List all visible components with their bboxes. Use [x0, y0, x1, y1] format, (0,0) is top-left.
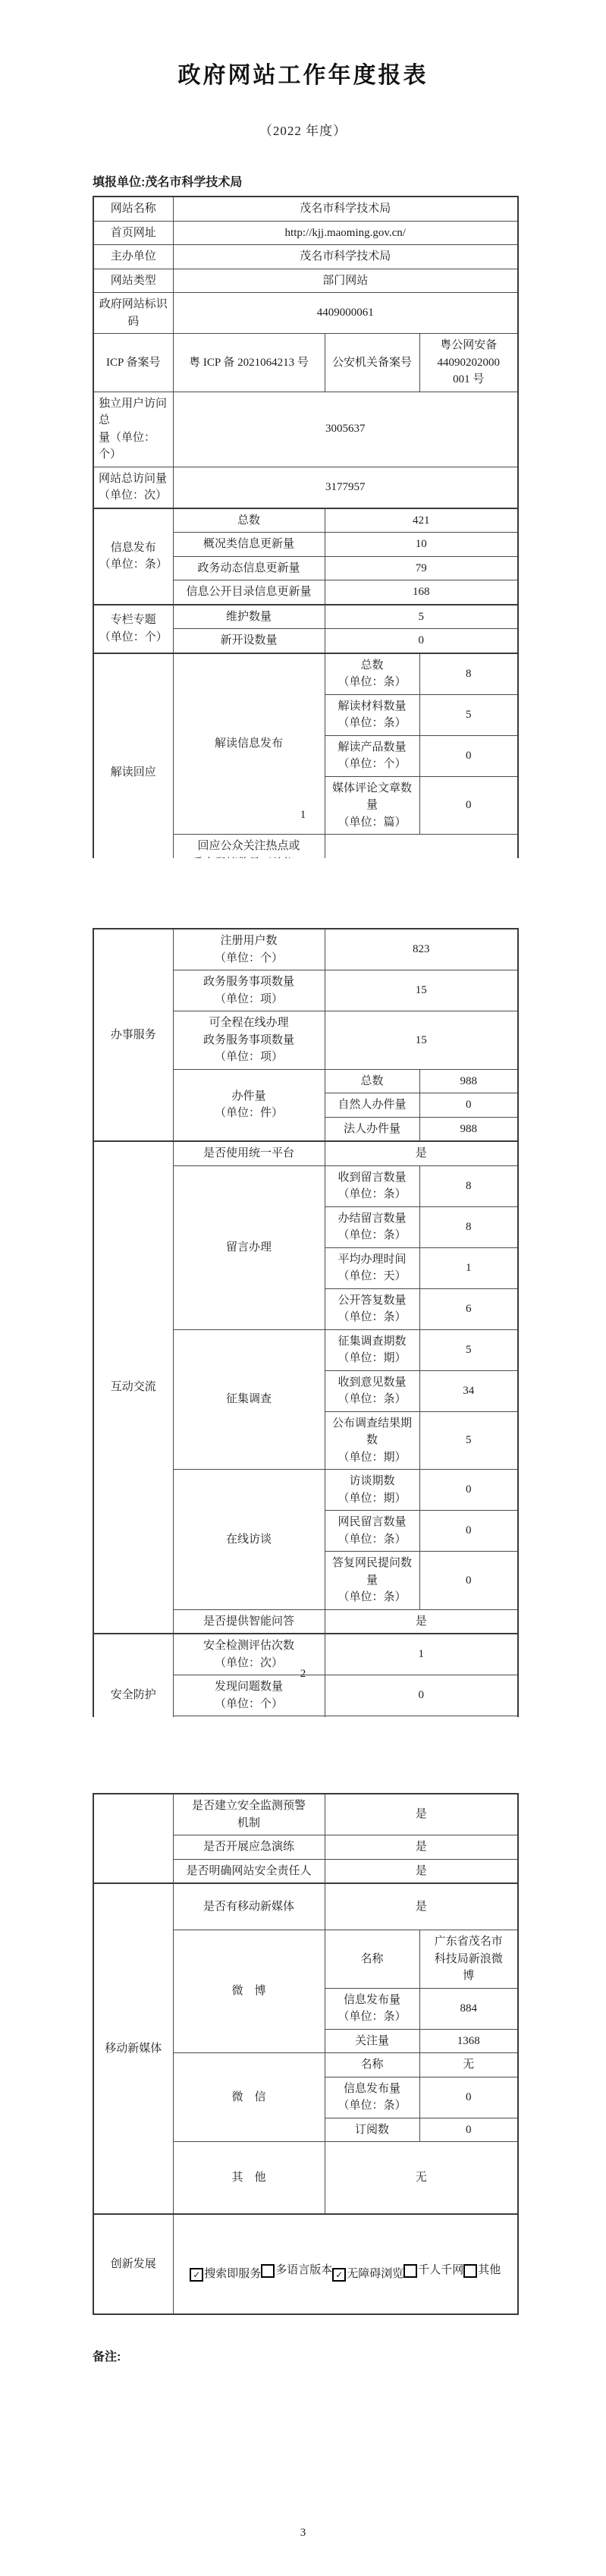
table-row: 移动新媒体 是否有移动新媒体 是: [93, 1883, 518, 1930]
smart-qa-label: 是否提供智能问答: [173, 1609, 325, 1634]
weibo-followers-label: 关注量: [325, 2029, 419, 2053]
info-overview-label: 概况类信息更新量: [173, 533, 325, 557]
survey-opinions-value: 34: [419, 1370, 518, 1411]
hot-response-value: 0: [325, 835, 518, 859]
host-unit-label: 主办单位: [93, 245, 173, 269]
cases-legal-label: 法人办件量: [325, 1117, 419, 1141]
weibo-label: 微 博: [173, 1930, 325, 2053]
emergency-drill-label: 是否开展应急演练: [173, 1835, 325, 1860]
service-section-label: 办事服务: [93, 929, 173, 1141]
special-column-section-label: 专栏专题 （单位：个）: [93, 605, 173, 653]
cases-total-value: 988: [419, 1069, 518, 1093]
interview-label: 在线访谈: [173, 1470, 325, 1610]
message-handling-label: 留言办理: [173, 1165, 325, 1329]
wechat-posts-value: 0: [419, 2077, 518, 2118]
host-unit-value: 茂名市科学技术局: [173, 245, 518, 269]
info-total-label: 总数: [173, 508, 325, 533]
has-mobile-media-value: 是: [325, 1883, 518, 1930]
new-media-innovation-table: 是否建立安全监测预警 机制 是 是否开展应急演练 是 是否明确网站安全责任人 是…: [93, 1793, 519, 2315]
checkbox-other: 其他: [463, 2262, 501, 2279]
column-new-value: 0: [325, 629, 518, 653]
site-code-label: 政府网站标识码: [93, 293, 173, 334]
checkbox-label: 多语言版本: [275, 2262, 332, 2279]
report-page-3: 是否建立安全监测预警 机制 是 是否开展应急演练 是 是否明确网站安全责任人 是…: [0, 1717, 606, 2576]
info-news-label: 政务动态信息更新量: [173, 556, 325, 580]
report-title: 政府网站工作年度报表: [0, 56, 606, 90]
security-person-value: 是: [325, 1859, 518, 1883]
cases-natural-value: 0: [419, 1093, 518, 1118]
warning-mechanism-value: 是: [325, 1794, 518, 1835]
avg-handle-time-value: 1: [419, 1247, 518, 1288]
hot-response-label: 回应公众关注热点或 重大舆情数量（单位： 次）: [173, 835, 325, 859]
info-total-value: 421: [325, 508, 518, 533]
table-row: 主办单位 茂名市科学技术局: [93, 245, 518, 269]
site-name-value: 茂名市科学技术局: [173, 197, 518, 221]
page-number-1: 1: [0, 809, 606, 822]
checkbox-unchecked-icon: [261, 2264, 275, 2278]
survey-label: 征集调查: [173, 1329, 325, 1470]
checkbox-label: 搜索即服务: [204, 2266, 261, 2283]
cases-label: 办件量 （单位：件）: [173, 1069, 325, 1141]
security-person-label: 是否明确网站安全责任人: [173, 1859, 325, 1883]
checkbox-unchecked-icon: [403, 2264, 417, 2278]
empty-cell: [93, 1794, 173, 1883]
checkbox-label: 其他: [478, 2262, 501, 2279]
info-catalog-value: 168: [325, 580, 518, 605]
smart-qa-value: 是: [325, 1609, 518, 1634]
cases-total-label: 总数: [325, 1069, 419, 1093]
checkbox-multilingual: 多语言版本: [261, 2262, 332, 2279]
police-record-label: 公安机关备案号: [325, 334, 419, 392]
info-catalog-label: 信息公开目录信息更新量: [173, 580, 325, 605]
interview-messages-value: 0: [419, 1511, 518, 1552]
site-name-label: 网站名称: [93, 197, 173, 221]
online-items-value: 15: [325, 1011, 518, 1070]
report-page-2: 办事服务 注册用户数 （单位：个） 823 政务服务事项数量 （单位：项） 15…: [0, 858, 606, 1717]
table-row: 互动交流 是否使用统一平台 是: [93, 1141, 518, 1165]
table-row: 网站类型 部门网站: [93, 269, 518, 293]
interview-messages-label: 网民留言数量 （单位：条）: [325, 1511, 419, 1552]
interpret-total-label: 总数 （单位：条）: [325, 653, 419, 695]
interview-answers-label: 答复网民提问数量 （单位：条）: [325, 1552, 419, 1610]
mobile-media-section-label: 移动新媒体: [93, 1883, 173, 2214]
interpret-total-value: 8: [419, 653, 518, 695]
filling-unit: 填报单位:茂名市科学技术局: [93, 172, 606, 190]
interpret-product-value: 0: [419, 735, 518, 776]
icp-value: 粤 ICP 备 2021064213 号: [173, 334, 325, 392]
has-mobile-media-label: 是否有移动新媒体: [173, 1883, 325, 1930]
unique-visitors-value: 3005637: [173, 392, 518, 467]
service-items-value: 15: [325, 970, 518, 1011]
home-url-value: http://kjj.maoming.gov.cn/: [173, 221, 518, 245]
registered-users-label: 注册用户数 （单位：个）: [173, 929, 325, 970]
innovation-options-cell: 搜索即服务多语言版本无障碍浏览千人千网其他: [173, 2214, 518, 2314]
unique-visitors-label: 独立用户访问总 量（单位：个）: [93, 392, 173, 467]
interaction-section-label: 互动交流: [93, 1141, 173, 1634]
survey-results-value: 5: [419, 1411, 518, 1470]
site-type-label: 网站类型: [93, 269, 173, 293]
info-overview-value: 10: [325, 533, 518, 557]
page-number-3: 3: [0, 2527, 606, 2540]
service-interaction-table: 办事服务 注册用户数 （单位：个） 823 政务服务事项数量 （单位：项） 15…: [93, 928, 519, 1717]
other-media-value: 无: [325, 2142, 518, 2215]
site-code-value: 4409000061: [173, 293, 518, 334]
survey-opinions-label: 收到意见数量 （单位：条）: [325, 1370, 419, 1411]
checkbox-personalized: 千人千网: [403, 2262, 463, 2279]
avg-handle-time-label: 平均办理时间 （单位：天）: [325, 1247, 419, 1288]
interpret-material-label: 解读材料数量 （单位：条）: [325, 694, 419, 735]
interpret-material-value: 5: [419, 694, 518, 735]
interpret-media-label: 媒体评论文章数量 （单位：篇）: [325, 776, 419, 835]
total-visits-label: 网站总访问量 （单位：次）: [93, 467, 173, 508]
table-row: 信息发布 （单位：条） 总数 421: [93, 508, 518, 533]
police-record-value: 粤公网安备 44090202000 001 号: [419, 334, 518, 392]
checkbox-label: 无障碍浏览: [347, 2266, 403, 2283]
checkbox-checked-icon: [332, 2268, 346, 2282]
weibo-name-value: 广东省茂名市 科技局新浪微 博: [419, 1930, 518, 1989]
messages-done-label: 办结留言数量 （单位：条）: [325, 1206, 419, 1247]
interpret-product-label: 解读产品数量 （单位：个）: [325, 735, 419, 776]
weibo-posts-value: 884: [419, 1988, 518, 2029]
survey-issues-value: 5: [419, 1329, 518, 1370]
unified-platform-label: 是否使用统一平台: [173, 1141, 325, 1165]
table-row: 办事服务 注册用户数 （单位：个） 823: [93, 929, 518, 970]
other-media-label: 其 他: [173, 2142, 325, 2215]
column-maintain-value: 5: [325, 605, 518, 629]
survey-issues-label: 征集调查期数 （单位：期）: [325, 1329, 419, 1370]
emergency-drill-value: 是: [325, 1835, 518, 1860]
checkbox-search-as-service: 搜索即服务: [190, 2266, 261, 2283]
warning-mechanism-label: 是否建立安全监测预警 机制: [173, 1794, 325, 1835]
site-type-value: 部门网站: [173, 269, 518, 293]
checkbox-accessibility: 无障碍浏览: [332, 2266, 403, 2283]
icp-label: ICP 备案号: [93, 334, 173, 392]
cases-natural-label: 自然人办件量: [325, 1093, 419, 1118]
checkbox-label: 千人千网: [418, 2262, 463, 2279]
table-row: 专栏专题 （单位：个） 维护数量 5: [93, 605, 518, 629]
basic-info-table: 网站名称 茂名市科学技术局 首页网址 http://kjj.maoming.go…: [93, 196, 519, 858]
online-items-label: 可全程在线办理 政务服务事项数量 （单位：项）: [173, 1011, 325, 1070]
table-row: 是否建立安全监测预警 机制 是: [93, 1794, 518, 1835]
wechat-subs-value: 0: [419, 2118, 518, 2142]
remark-label: 备注:: [93, 2347, 606, 2364]
survey-results-label: 公布调查结果期数 （单位：期）: [325, 1411, 419, 1470]
messages-received-value: 8: [419, 1165, 518, 1206]
public-reply-value: 6: [419, 1288, 518, 1329]
table-row: 政府网站标识码 4409000061: [93, 293, 518, 334]
wechat-label: 微 信: [173, 2053, 325, 2142]
unified-platform-value: 是: [325, 1141, 518, 1165]
table-row: 解读回应 解读信息发布 总数 （单位：条） 8: [93, 653, 518, 695]
table-row: 创新发展 搜索即服务多语言版本无障碍浏览千人千网其他: [93, 2214, 518, 2314]
report-page-1: 政府网站工作年度报表 （2022 年度） 填报单位:茂名市科学技术局 网站名称 …: [0, 0, 606, 858]
innovation-section-label: 创新发展: [93, 2214, 173, 2314]
public-reply-label: 公开答复数量 （单位：条）: [325, 1288, 419, 1329]
table-row: 独立用户访问总 量（单位：个） 3005637: [93, 392, 518, 467]
table-row: ICP 备案号 粤 ICP 备 2021064213 号 公安机关备案号 粤公网…: [93, 334, 518, 392]
wechat-posts-label: 信息发布量 （单位：条）: [325, 2077, 419, 2118]
column-new-label: 新开设数量: [173, 629, 325, 653]
table-row: 网站总访问量 （单位：次） 3177957: [93, 467, 518, 508]
interview-answers-value: 0: [419, 1552, 518, 1610]
home-url-label: 首页网址: [93, 221, 173, 245]
cases-legal-value: 988: [419, 1117, 518, 1141]
table-row: 网站名称 茂名市科学技术局: [93, 197, 518, 221]
registered-users-value: 823: [325, 929, 518, 970]
problems-found-value: 0: [325, 1675, 518, 1716]
interview-issues-label: 访谈期数 （单位：期）: [325, 1470, 419, 1511]
checkbox-unchecked-icon: [463, 2264, 477, 2278]
problems-found-label: 发现问题数量 （单位：个）: [173, 1675, 325, 1716]
checkbox-checked-icon: [190, 2268, 203, 2282]
page-number-2: 2: [0, 1668, 606, 1681]
wechat-name-value: 无: [419, 2053, 518, 2077]
total-visits-value: 3177957: [173, 467, 518, 508]
messages-received-label: 收到留言数量 （单位：条）: [325, 1165, 419, 1206]
column-maintain-label: 维护数量: [173, 605, 325, 629]
report-subtitle: （2022 年度）: [0, 120, 606, 139]
info-publish-section-label: 信息发布 （单位：条）: [93, 508, 173, 605]
interview-issues-value: 0: [419, 1470, 518, 1511]
weibo-followers-value: 1368: [419, 2029, 518, 2053]
interpret-media-value: 0: [419, 776, 518, 835]
weibo-posts-label: 信息发布量 （单位：条）: [325, 1988, 419, 2029]
wechat-name-label: 名称: [325, 2053, 419, 2077]
info-news-value: 79: [325, 556, 518, 580]
service-items-label: 政务服务事项数量 （单位：项）: [173, 970, 325, 1011]
interpret-section-label: 解读回应: [93, 653, 173, 859]
interpret-publish-label: 解读信息发布: [173, 653, 325, 835]
table-row: 首页网址 http://kjj.maoming.gov.cn/: [93, 221, 518, 245]
weibo-name-label: 名称: [325, 1930, 419, 1989]
wechat-subs-label: 订阅数: [325, 2118, 419, 2142]
messages-done-value: 8: [419, 1206, 518, 1247]
